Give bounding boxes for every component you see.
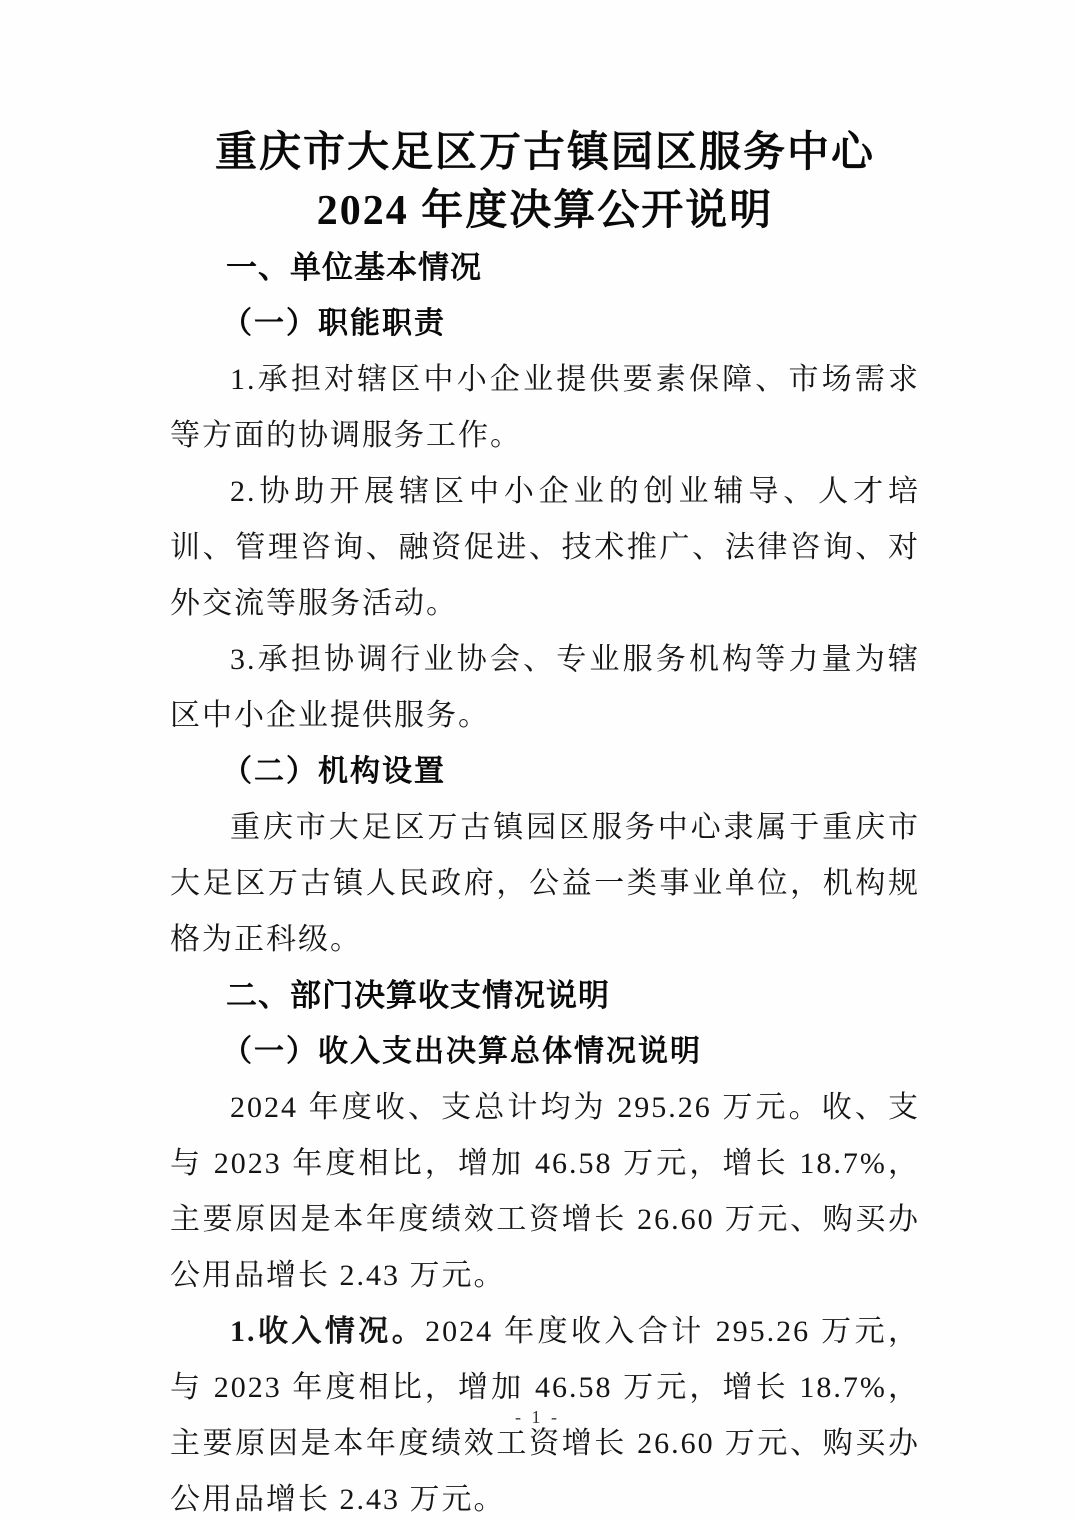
paragraph-overview: 2024 年度收、支总计均为 295.26 万元。收、支与 2023 年度相比，… <box>170 1080 920 1304</box>
paragraph-duty-2: 2.协助开展辖区中小企业的创业辅导、人才培训、管理咨询、融资促进、技术推广、法律… <box>170 464 920 632</box>
document-title-line2: 2024 年度决算公开说明 <box>170 182 920 240</box>
paragraph-duty-1: 1.承担对辖区中小企业提供要素保障、市场需求等方面的协调服务工作。 <box>170 352 920 464</box>
paragraph-income-lead: 1.收入情况。 <box>230 1315 425 1348</box>
subsection-heading-overview: （一）收入支出决算总体情况说明 <box>170 1024 920 1080</box>
page-number: - 1 - <box>0 1407 1075 1428</box>
subsection-heading-org-setup: （二）机构设置 <box>170 744 920 800</box>
paragraph-duty-3: 3.承担协调行业协会、专业服务机构等力量为辖区中小企业提供服务。 <box>170 632 920 744</box>
paragraph-org-setup: 重庆市大足区万古镇园区服务中心隶属于重庆市大足区万古镇人民政府，公益一类事业单位… <box>170 800 920 968</box>
document-page: 重庆市大足区万古镇园区服务中心 2024 年度决算公开说明 一、单位基本情况 （… <box>0 0 1075 1520</box>
section-heading-budget-summary: 二、部门决算收支情况说明 <box>170 968 920 1024</box>
document-title-line1: 重庆市大足区万古镇园区服务中心 <box>170 124 920 182</box>
section-heading-unit-info: 一、单位基本情况 <box>170 240 920 296</box>
subsection-heading-duties: （一）职能职责 <box>170 296 920 352</box>
document-title: 重庆市大足区万古镇园区服务中心 2024 年度决算公开说明 <box>170 124 920 240</box>
